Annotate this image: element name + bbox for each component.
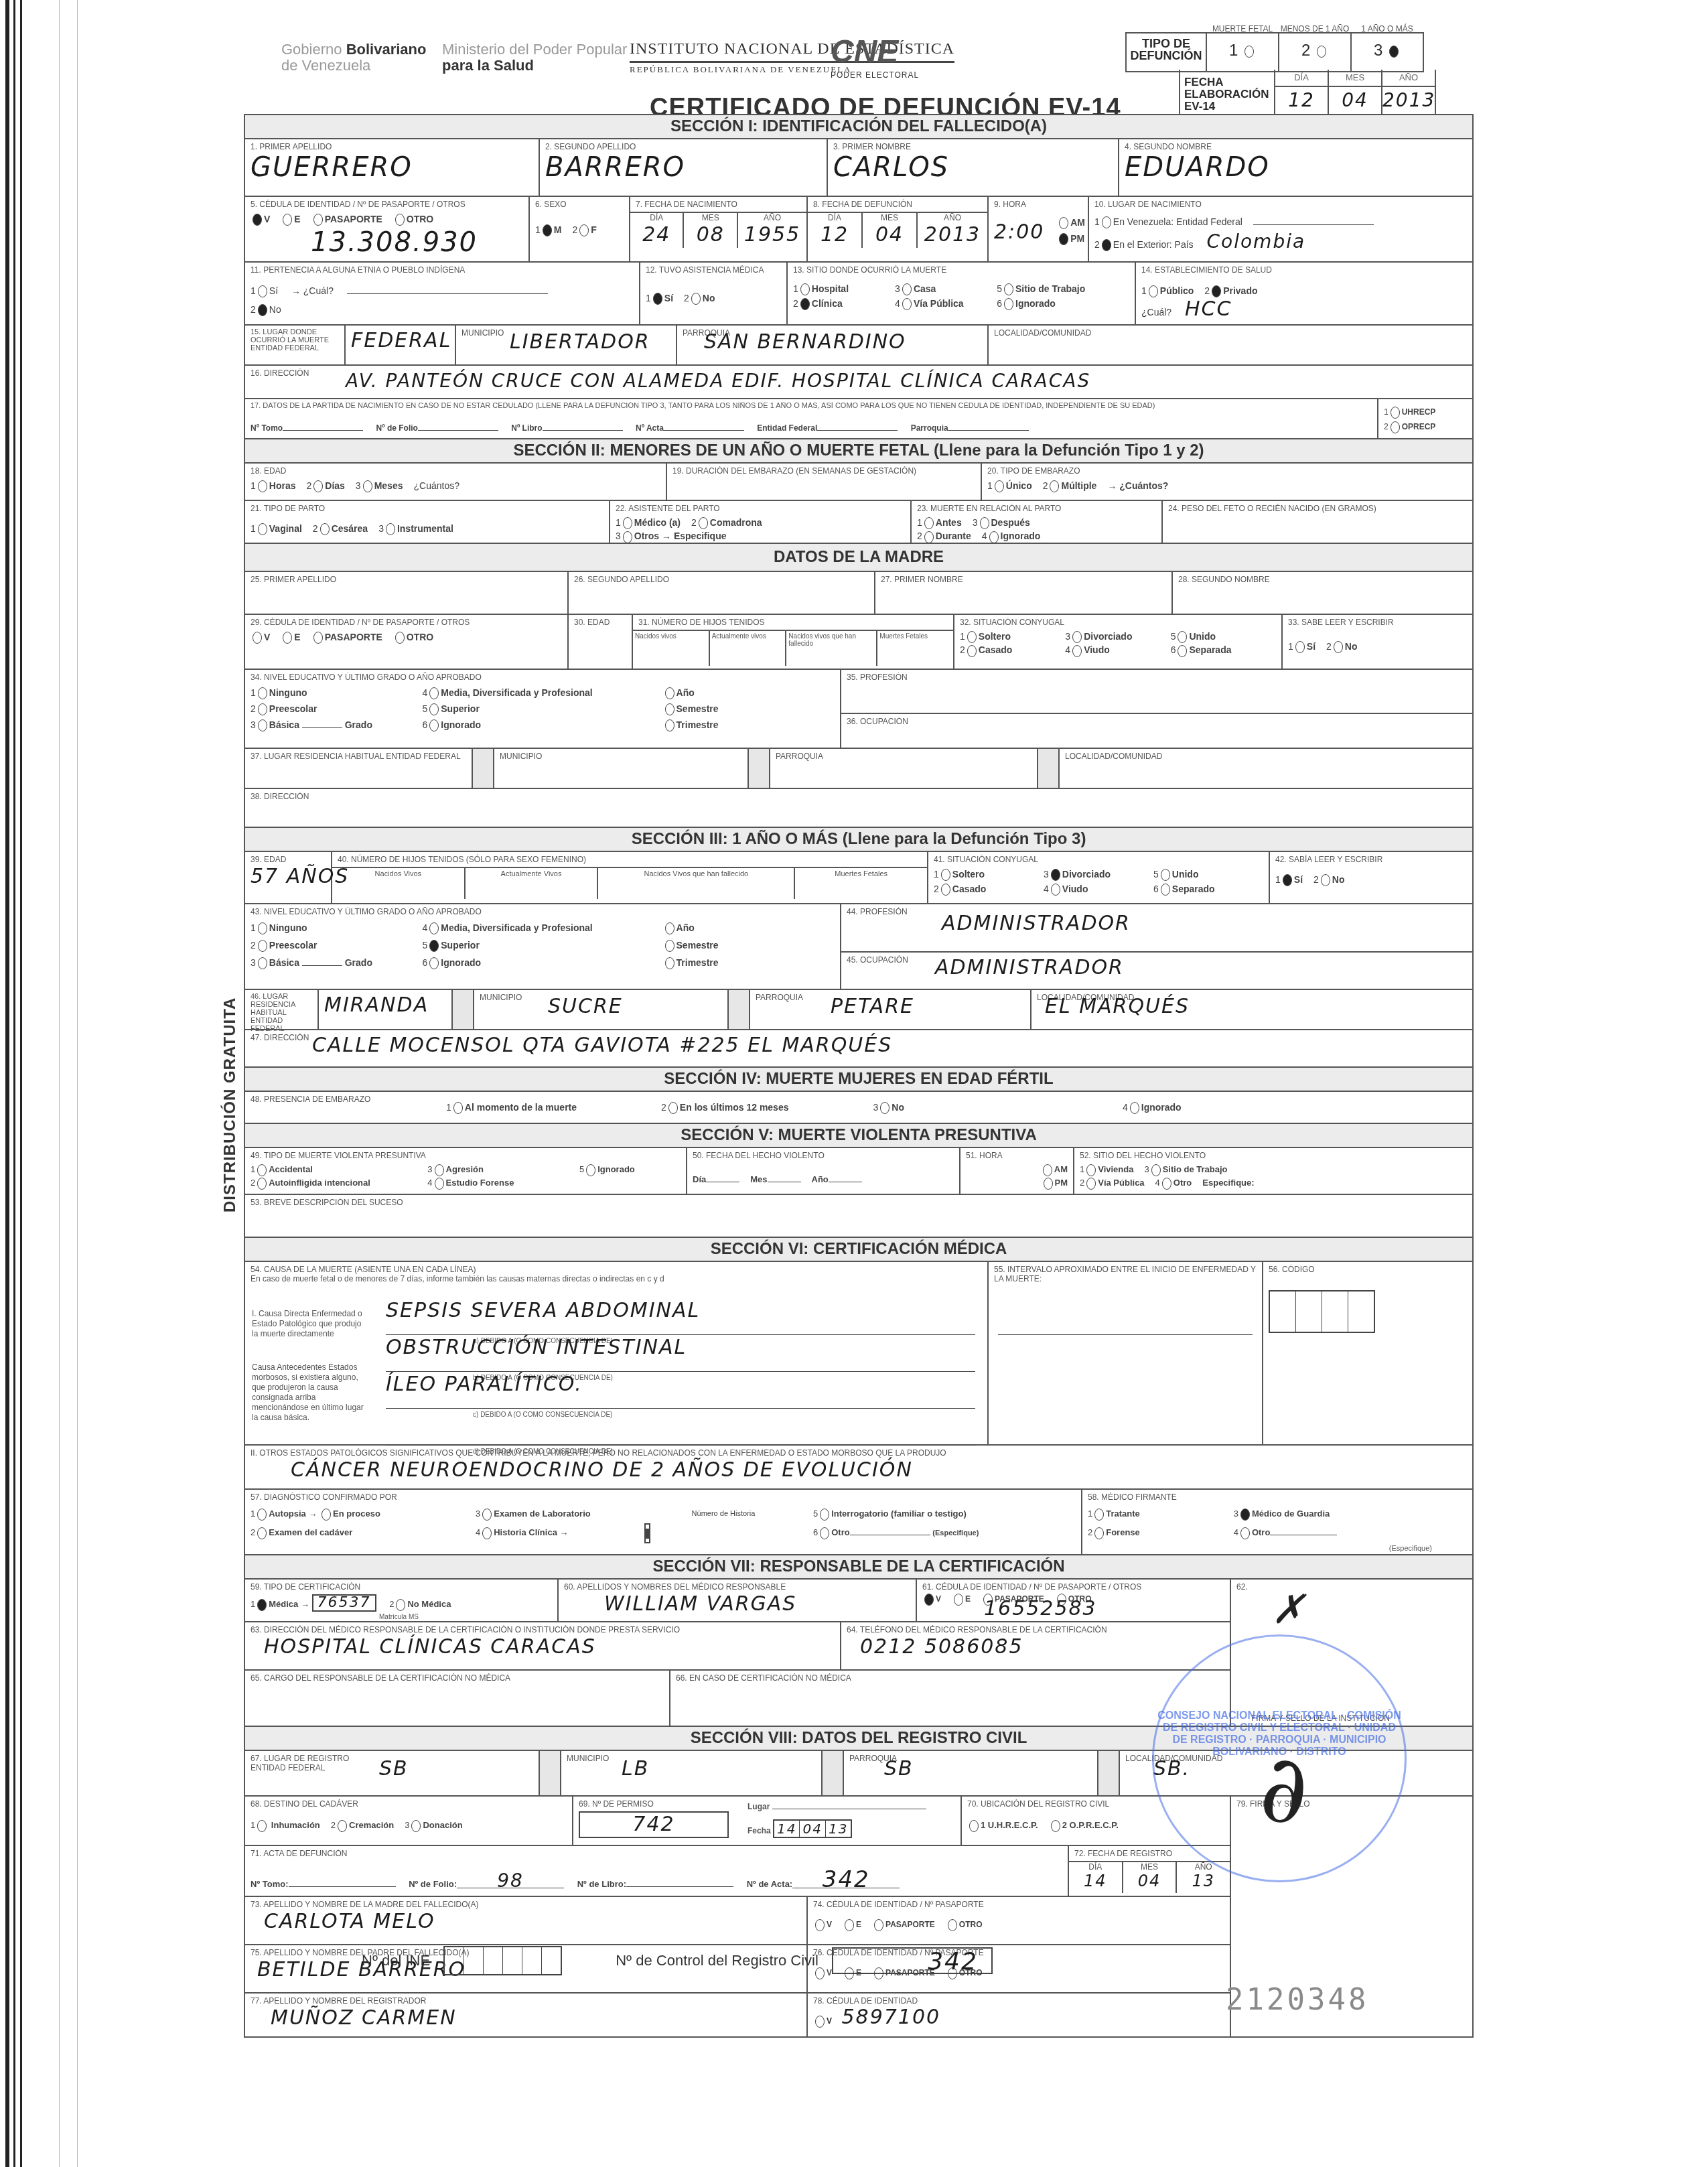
option-label: Instrumental	[397, 523, 453, 534]
pm-label: PM	[1055, 1178, 1068, 1188]
field-label: 18. EDAD	[251, 466, 660, 476]
libro-value[interactable]	[626, 1877, 733, 1887]
radio-e[interactable]	[845, 1919, 854, 1931]
option-label: Sí	[1307, 641, 1315, 652]
option-label: Soltero	[979, 631, 1011, 642]
radio-oprecp[interactable]	[1051, 1820, 1060, 1832]
radio-accidental[interactable]	[257, 1164, 267, 1176]
field-label: 25. PRIMER APELLIDO	[251, 575, 562, 584]
field-label: 30. EDAD	[574, 618, 626, 627]
option-label: Ignorado	[441, 719, 481, 730]
radio-v[interactable]	[924, 1594, 934, 1606]
radio-ignorado[interactable]	[586, 1164, 595, 1176]
radio-ignorado[interactable]	[989, 531, 999, 543]
radio-exterior[interactable]	[1102, 239, 1111, 251]
field-label: 13. SITIO DONDE OCURRIÓ LA MUERTE	[793, 265, 1129, 275]
option-label: En proceso	[333, 1509, 380, 1519]
radio-oprecp[interactable]	[1391, 421, 1400, 433]
option-caption: MENOS DE 1 AÑO	[1279, 24, 1350, 33]
tipo-option-1[interactable]: MUERTE FETAL1	[1207, 33, 1279, 71]
option-label: En el Exterior: País	[1113, 234, 1194, 255]
radio-v[interactable]	[253, 214, 262, 226]
radio-trabajo[interactable]	[1151, 1164, 1161, 1176]
option-label: Ignorado	[1001, 531, 1041, 541]
option-label: Preescolar	[269, 940, 317, 951]
radio-no[interactable]	[691, 293, 701, 305]
am-label: AM	[1070, 217, 1085, 228]
field-label: 3. PRIMER NOMBRE	[833, 142, 1113, 151]
nacimiento-mes[interactable]: 08	[684, 222, 736, 248]
acta-value[interactable]: 342	[792, 1872, 900, 1888]
defuncion-dia[interactable]: 12	[808, 222, 861, 248]
residencia-municipio-value[interactable]: Sucre	[548, 994, 623, 1020]
field-label: II. OTROS ESTADOS PATOLÓGICOS SIGNIFICAT…	[251, 1448, 1467, 1458]
option-label: Vía Pública	[914, 298, 964, 309]
hijos-col: Nacidos vivos	[633, 631, 710, 666]
residencia-parroquia-value[interactable]: Petare	[831, 994, 914, 1020]
radio-pm[interactable]	[1059, 233, 1068, 245]
radio-casa[interactable]	[902, 283, 912, 295]
radio-circle-filled[interactable]	[1389, 46, 1399, 58]
option-label: Vaginal	[269, 523, 302, 534]
option-label: Sitio de Trabajo	[1015, 283, 1085, 294]
field-label: 54. CAUSA DE LA MUERTE (Asiente una en c…	[251, 1265, 982, 1274]
radio-m[interactable]	[543, 224, 552, 236]
hijos-col: Actualmente Vivos	[466, 868, 599, 899]
ine-number-label: Nº del INE	[362, 1952, 430, 1969]
radio-historia[interactable]	[482, 1527, 492, 1539]
medico-direccion-value[interactable]: Hospital Clínicas Caracas	[251, 1634, 835, 1660]
radio-ano[interactable]	[665, 922, 674, 934]
option-label: E	[294, 214, 300, 224]
radio-otro[interactable]	[1240, 1527, 1250, 1539]
radio-no[interactable]	[1321, 874, 1330, 886]
establecimiento-value[interactable]: HCC	[1185, 297, 1232, 321]
radio-si[interactable]	[653, 293, 662, 305]
radio-v[interactable]	[253, 632, 262, 644]
permiso-value[interactable]: 742	[579, 1811, 729, 1838]
option-label: V	[827, 1920, 832, 1929]
radio-venezuela[interactable]	[1102, 216, 1111, 228]
field-label: 26. SEGUNDO APELLIDO	[574, 575, 869, 584]
field-label: 56. CÓDIGO	[1269, 1265, 1467, 1274]
telefono-value[interactable]: 0212 5086085	[847, 1634, 1224, 1660]
field-label: 34. NIVEL EDUCATIVO Y ÚLTIMO GRADO O AÑO…	[251, 673, 835, 682]
causa-note: En caso de muerte fetal o de menores de …	[251, 1274, 982, 1283]
radio-via-publica[interactable]	[902, 298, 912, 310]
option-label: Otro	[831, 1527, 849, 1537]
radio-ninguno[interactable]	[258, 922, 267, 934]
entidad-value[interactable]: Federal	[351, 328, 449, 354]
radio-pasaporte[interactable]	[313, 214, 323, 226]
radio-e[interactable]	[954, 1594, 963, 1606]
causa-c-value[interactable]: Íleo Paralítico.	[386, 1372, 975, 1397]
radio-ignorado[interactable]	[1004, 298, 1013, 310]
tipo-option-2[interactable]: MENOS DE 1 AÑO2	[1279, 33, 1352, 71]
option-label: No Médica	[407, 1599, 451, 1609]
registro-municipio-value[interactable]: LB	[622, 1756, 649, 1782]
defuncion-ano[interactable]: 2013	[918, 222, 987, 248]
radio-superior[interactable]	[429, 703, 439, 715]
option-label: Examen del cadáver	[269, 1527, 352, 1537]
especifique-label: Especifique	[674, 531, 727, 541]
partida-fields: Nº Tomo Nº de Folio Nº Libro Nº Acta Ent…	[251, 421, 1372, 435]
radio-vivienda[interactable]	[1086, 1164, 1096, 1176]
field-label: PARROQUIA	[776, 752, 1031, 761]
tipo-option-3[interactable]: 1 AÑO O MÁS3	[1352, 33, 1423, 71]
field-label: LOCALIDAD/COMUNIDAD	[1065, 752, 1467, 761]
radio-ignorado[interactable]	[429, 719, 439, 731]
radio-otro[interactable]	[395, 632, 405, 644]
registrador-value[interactable]: Muñoz Carmen	[251, 2006, 801, 2031]
radio-cremacion[interactable]	[338, 1820, 347, 1832]
field-label: 21. TIPO DE PARTO	[251, 504, 603, 513]
radio-pm[interactable]	[1044, 1178, 1053, 1190]
radio-trabajo[interactable]	[1004, 283, 1013, 295]
radio-soltero[interactable]	[967, 631, 977, 643]
radio-divorciado[interactable]	[1051, 869, 1060, 881]
registro-entidad-value[interactable]: SB	[379, 1756, 409, 1782]
radio-via-publica[interactable]	[1086, 1178, 1096, 1190]
hijos-col: Muertes Fetales	[795, 868, 927, 899]
radio-examen-cadaver[interactable]	[257, 1527, 267, 1539]
radio-media[interactable]	[429, 687, 439, 699]
nivel-options: 1Ninguno 4Media, Diversificada y Profesi…	[251, 919, 835, 971]
radio-cesarea[interactable]	[320, 523, 330, 535]
radio-laboratorio[interactable]	[482, 1509, 492, 1521]
field-label: 59. TIPO DE CERTIFICACIÓN	[251, 1582, 552, 1592]
registrador-cedula-value[interactable]: 5897100	[841, 2006, 940, 2029]
field-label: MUNICIPIO	[567, 1754, 816, 1763]
radio-12-meses[interactable]	[668, 1102, 678, 1114]
permiso-fecha-boxes[interactable]: 140413	[773, 1819, 852, 1838]
pais-value[interactable]: Colombia	[1207, 230, 1306, 253]
option-label: Interrogatorio (familiar o testigo)	[831, 1509, 967, 1519]
primer-nombre-value[interactable]: Carlos	[833, 151, 1113, 184]
option-label: Ninguno	[269, 687, 307, 698]
radio-separado[interactable]	[1161, 884, 1170, 896]
tipo-parto-options: 1Vaginal2Cesárea3Instrumental	[251, 521, 603, 536]
section-3-title: SECCIÓN III: 1 AÑO O MÁS (Llene para la …	[245, 828, 1472, 852]
registro-dia[interactable]: 14	[1084, 1872, 1107, 1890]
radio-forense[interactable]	[1094, 1527, 1104, 1539]
radio-preescolar[interactable]	[258, 703, 267, 715]
sitio-options: 1Hospital 3Casa 5Sitio de Trabajo 2Clíni…	[793, 281, 1129, 311]
radio-comadrona[interactable]	[699, 517, 708, 529]
field-label: 15. LUGAR DONDE OCURRIÓ LA MUERTE ENTIDA…	[251, 328, 339, 352]
option-label: No	[269, 300, 281, 319]
radio-durante[interactable]	[924, 531, 934, 543]
radio-momento[interactable]	[453, 1102, 463, 1114]
radio-privado[interactable]	[1212, 285, 1221, 297]
nacimiento-dia[interactable]: 24	[630, 222, 683, 248]
field-label: 5. CÉDULA DE IDENTIDAD / Nº DE PASAPORTE…	[251, 200, 523, 209]
causa-antecedentes-label: Causa Antecedentes Estados morbosos, si …	[252, 1362, 366, 1423]
cne-text: CNE	[831, 34, 898, 70]
registro-mes[interactable]: 04	[1138, 1872, 1161, 1890]
lugar-nacimiento-options: 1En Venezuela: Entidad Federal2En el Ext…	[1094, 212, 1467, 255]
radio-tratante[interactable]	[1094, 1509, 1104, 1521]
parroquia-label: Parroquia	[911, 423, 948, 433]
salud-text: para la Salud	[442, 57, 534, 74]
radio-e[interactable]	[283, 632, 292, 644]
option-label: Otro	[1252, 1527, 1270, 1537]
radio-casado[interactable]	[941, 884, 950, 896]
muerte-parto-options: 1Antes3Después2Durante4Ignorado	[917, 516, 1156, 543]
radio-no[interactable]	[1334, 641, 1343, 653]
radio-agresion[interactable]	[435, 1164, 444, 1176]
radio-f[interactable]	[579, 224, 589, 236]
scan-edge	[5, 0, 9, 2167]
radio-interrogatorio[interactable]	[820, 1509, 829, 1521]
radio-casado[interactable]	[967, 645, 977, 657]
medico-value[interactable]: William Vargas	[564, 1592, 910, 1617]
causa-b-value[interactable]: Obstrucción Intestinal	[386, 1335, 975, 1360]
medico-signature: ✗	[1271, 1586, 1305, 1633]
option-label: Separado	[1172, 884, 1215, 894]
radio-divorciado[interactable]	[1072, 631, 1082, 643]
radio-autopsia[interactable]	[257, 1509, 267, 1521]
radio-autoinfligida[interactable]	[257, 1178, 267, 1190]
residencia-entidad-value[interactable]: Miranda	[324, 993, 446, 1018]
option-label: Media, Diversificada y Profesional	[441, 922, 592, 933]
option-label: Hospital	[812, 283, 849, 294]
radio-dias[interactable]	[313, 480, 323, 492]
field-label: 58. MÉDICO FIRMANTE	[1088, 1492, 1467, 1502]
radio-clinica[interactable]	[800, 298, 810, 310]
radio-meses[interactable]	[363, 480, 372, 492]
radio-otro[interactable]	[1162, 1178, 1171, 1190]
field-label: 63. DIRECCIÓN DEL MÉDICO RESPONSABLE DE …	[251, 1625, 835, 1634]
option-label: Al momento de la muerte	[465, 1102, 577, 1113]
parroquia-value[interactable]: San Bernardino	[704, 330, 906, 355]
municipio-value[interactable]: Libertador	[510, 330, 650, 355]
option-label: Divorciado	[1062, 869, 1111, 880]
field-label: 74. CÉDULA DE IDENTIDAD / Nº PASAPORTE	[813, 1900, 1224, 1909]
radio-multiple[interactable]	[1050, 480, 1059, 492]
radio-otros[interactable]	[623, 531, 632, 543]
field-label: 36. OCUPACIÓN	[847, 717, 1467, 726]
radio-am[interactable]	[1059, 217, 1068, 229]
ocupacion-value[interactable]: Administrador	[935, 955, 1124, 981]
option-label: Después	[991, 517, 1030, 528]
radio-antes[interactable]	[924, 517, 934, 529]
nacimiento-ano[interactable]: 1955	[738, 222, 806, 248]
radio-superior[interactable]	[429, 940, 439, 952]
radio-trimestre[interactable]	[665, 719, 674, 731]
radio-horas[interactable]	[258, 480, 267, 492]
radio-no[interactable]	[880, 1102, 889, 1114]
cedula-options: VEPASAPORTEOTRO	[251, 212, 523, 226]
scan-edge	[20, 0, 22, 2167]
radio-ninguno[interactable]	[258, 687, 267, 699]
option-label: Durante	[936, 531, 971, 541]
radio-viudo[interactable]	[1072, 645, 1082, 657]
field-label: 33. SABE LEER Y ESCRIBIR	[1288, 618, 1467, 627]
codigo-boxes[interactable]	[1269, 1290, 1375, 1333]
radio-media[interactable]	[429, 922, 439, 934]
gobierno-text: Gobierno	[281, 41, 342, 58]
radio-forense[interactable]	[435, 1178, 444, 1190]
registro-parroquia-value[interactable]: SB	[884, 1756, 914, 1782]
hora-options: AMPM	[1057, 214, 1085, 247]
radio-si[interactable]	[1295, 641, 1305, 653]
cne-logo: CNE PODER ELECTORAL	[831, 33, 919, 80]
registro-ano[interactable]: 13	[1192, 1872, 1215, 1890]
field-label: 24. PESO DEL FETO O RECIÉN NACIDO (En Gr…	[1168, 504, 1467, 513]
historia-boxes[interactable]	[644, 1523, 650, 1543]
radio-viudo[interactable]	[1051, 884, 1060, 896]
radio-soltero[interactable]	[941, 869, 950, 881]
radio-ignorado[interactable]	[1130, 1102, 1139, 1114]
option-label: Año	[677, 922, 695, 933]
registrador-signature: ∂	[1259, 1735, 1307, 1844]
defuncion-mes[interactable]: 04	[863, 222, 916, 248]
primer-apellido-value[interactable]: Guerrero	[251, 151, 533, 184]
hora-value[interactable]: 2:00	[994, 220, 1044, 245]
radio-otro[interactable]	[395, 214, 405, 226]
ano-value[interactable]: 2013	[1382, 87, 1435, 114]
radio-trimestre[interactable]	[665, 957, 674, 969]
radio-ignorado[interactable]	[429, 957, 439, 969]
radio-ano[interactable]	[665, 687, 674, 699]
option-label: OPRECP	[1402, 422, 1436, 431]
mes-label: MES	[1329, 70, 1381, 87]
option-label: Otro	[1173, 1178, 1192, 1188]
radio-pasaporte[interactable]	[874, 1919, 883, 1931]
section-5-title: SECCIÓN V: MUERTE VIOLENTA PRESUNTIVA	[245, 1124, 1472, 1148]
field-label: 51. HORA	[966, 1151, 1068, 1160]
radio-no-medica[interactable]	[396, 1599, 405, 1611]
matricula-value[interactable]: 76537	[312, 1594, 376, 1612]
control-number-label: Nº de Control del Registro Civil	[616, 1952, 819, 1969]
radio-medico[interactable]	[623, 517, 632, 529]
tomo-value[interactable]	[289, 1877, 396, 1887]
radio-v[interactable]	[815, 2016, 825, 2028]
option-label: Público	[1160, 285, 1194, 296]
fecha-elaboracion: FECHA ELABORACIÓN EV-14 DÍA12 MES04 AÑO2…	[1179, 70, 1436, 118]
option-label: Casado	[979, 644, 1013, 655]
option-label: Estudio Forense	[446, 1178, 514, 1188]
segundo-nombre-value[interactable]: Eduardo	[1125, 151, 1467, 184]
option-label: Autoinfligida intencional	[269, 1178, 370, 1188]
radio-en-proceso[interactable]	[322, 1509, 331, 1521]
residencia-direccion-value[interactable]: Calle Mocensol Qta Gaviota #225 El Marqu…	[312, 1033, 892, 1058]
cual-label: ¿Cuál?	[1141, 303, 1171, 322]
folio-value[interactable]: 98	[457, 1874, 564, 1888]
radio-basica[interactable]	[258, 957, 267, 969]
radio-v[interactable]	[815, 1919, 825, 1931]
cedula-value[interactable]: 13.308.930	[251, 226, 523, 259]
radio-unico[interactable]	[995, 480, 1004, 492]
radio-no[interactable]	[258, 304, 267, 316]
option-label: V	[827, 2016, 832, 2026]
option-label: Autopsia	[269, 1509, 306, 1519]
otros-estados-value[interactable]: Cáncer Neuroendocrino de 2 años de Evolu…	[251, 1458, 1467, 1483]
cual-label: ¿Cuál?	[303, 281, 334, 300]
radio-inhumacion[interactable]	[257, 1820, 267, 1832]
radio-pasaporte[interactable]	[313, 632, 323, 644]
matricula-label: Matrícula MS	[379, 1614, 419, 1621]
radio-semestre[interactable]	[665, 703, 674, 715]
option-label: Trimestre	[677, 719, 719, 730]
radio-circle[interactable]	[1244, 46, 1254, 58]
option-label: Agresión	[446, 1164, 484, 1174]
radio-despues[interactable]	[980, 517, 989, 529]
fecha-elaboracion-label: FECHA ELABORACIÓN EV-14	[1180, 70, 1275, 117]
radio-otro[interactable]	[948, 1919, 957, 1931]
radio-unido[interactable]	[1161, 869, 1170, 881]
radio-si[interactable]	[258, 285, 267, 297]
radio-e[interactable]	[283, 214, 292, 226]
radio-donacion[interactable]	[411, 1820, 421, 1832]
acta-label: Nº Acta	[636, 423, 664, 433]
radio-circle[interactable]	[1317, 46, 1326, 58]
destino-options: 1 Inhumación2Cremación3Donación	[251, 1818, 567, 1833]
radio-otro[interactable]	[820, 1527, 829, 1539]
radio-uhrecp[interactable]	[969, 1820, 979, 1832]
radio-hospital[interactable]	[800, 283, 810, 295]
radio-separada[interactable]	[1178, 645, 1187, 657]
acta-fields: Nº Tomo: Nº de Folio:98 Nº de Libro: Nº …	[251, 1872, 1062, 1892]
medico-cedula-value[interactable]: 16552583	[984, 1597, 1097, 1620]
field-label: 19. DURACIÓN DEL EMBARAZO (En Semanas de…	[672, 466, 975, 476]
radio-semestre[interactable]	[665, 940, 674, 952]
section-1-title: SECCIÓN I: IDENTIFICACIÓN DEL FALLECIDO(…	[245, 115, 1472, 139]
segundo-apellido-value[interactable]: Barrero	[545, 151, 821, 184]
acta-label: Nº de Acta:	[747, 1879, 793, 1889]
radio-si[interactable]	[1283, 874, 1292, 886]
field-label: 2. SEGUNDO APELLIDO	[545, 142, 821, 151]
direccion-value[interactable]: Av. Panteón cruce con Alameda Edif. Hosp…	[346, 368, 1090, 394]
asistente-options: 1Médico (a)2Comadrona3Otros → Especifiqu…	[616, 516, 905, 543]
option-label: Sí	[1294, 874, 1303, 885]
radio-preescolar[interactable]	[258, 940, 267, 952]
de-venezuela-text: de Venezuela	[281, 57, 370, 74]
mes-caption: Mes	[1123, 1862, 1176, 1872]
ine-number-boxes[interactable]	[443, 1946, 562, 1975]
control-number-value[interactable]: 342	[832, 1947, 993, 1974]
entidad-label: Entidad Federal	[757, 423, 817, 433]
option-label: Superior	[441, 703, 480, 714]
dia-value[interactable]: 12	[1275, 87, 1328, 114]
option-label: OTRO	[959, 1920, 983, 1929]
radio-guardia[interactable]	[1240, 1509, 1250, 1521]
option-label: Examen de Laboratorio	[494, 1509, 590, 1519]
field-label: 71. ACTA DE DEFUNCIÓN	[251, 1849, 1062, 1858]
field-label: 46. LUGAR RESIDENCIA HABITUAL ENTIDAD FE…	[251, 993, 312, 1033]
radio-medica[interactable]	[257, 1599, 267, 1611]
option-label: Historia Clínica	[494, 1527, 557, 1537]
radio-basica[interactable]	[258, 719, 267, 731]
radio-publico[interactable]	[1149, 285, 1158, 297]
radio-uhrecp[interactable]	[1391, 407, 1400, 419]
radio-unido[interactable]	[1178, 631, 1187, 643]
profesion-value[interactable]: Administrador	[942, 911, 1131, 936]
embarazo-options: 1Al momento de la muerte 2En los últimos…	[446, 1100, 1192, 1115]
radio-vaginal[interactable]	[258, 523, 267, 535]
edad-value[interactable]: 57 años	[251, 864, 326, 890]
causa-a-value[interactable]: Sepsis Severa Abdominal	[386, 1298, 975, 1324]
field-label: 65. CARGO DEL RESPONSABLE DE LA CERTIFIC…	[251, 1673, 664, 1683]
option-label: Separada	[1189, 644, 1231, 655]
radio-instrumental[interactable]	[386, 523, 395, 535]
option-label: En Venezuela: Entidad Federal	[1113, 212, 1242, 232]
mes-value[interactable]: 04	[1329, 87, 1381, 114]
madre-nombre-value[interactable]: Carlota Melo	[251, 1909, 801, 1935]
residencia-localidad-value[interactable]: El Marqués	[1045, 994, 1190, 1020]
radio-am[interactable]	[1043, 1164, 1052, 1176]
